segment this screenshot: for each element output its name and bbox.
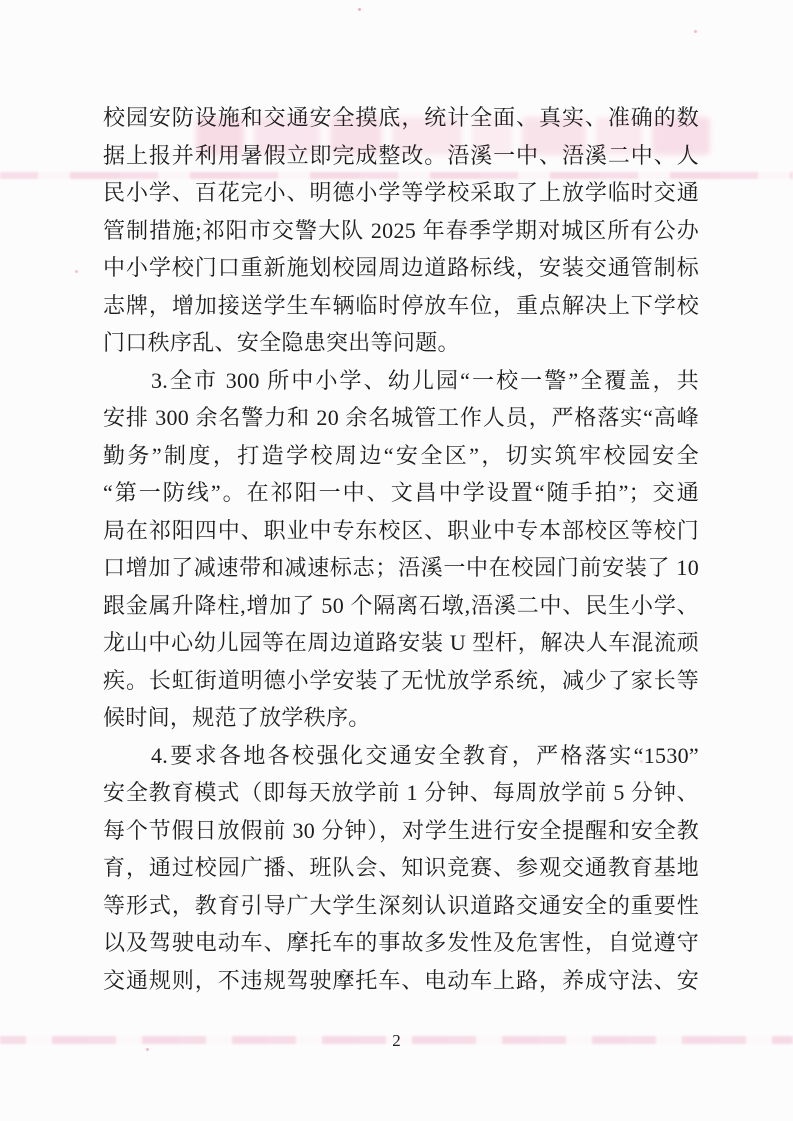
text-line: 志牌，增加接送学生车辆临时停放车位，重点解决上下学校 xyxy=(103,287,699,325)
text-line: 疾。长虹街道明德小学安装了无忧放学系统，减少了家长等 xyxy=(103,662,699,700)
text-line: 口增加了减速带和减速标志；浯溪一中在校园门前安装了 10 xyxy=(103,549,699,587)
text-line: 门口秩序乱、安全隐患突出等问题。 xyxy=(103,324,699,362)
text-line: 以及驾驶电动车、摩托车的事故多发性及危害性，自觉遵守 xyxy=(103,924,699,962)
text-line: 跟金属升降柱,增加了 50 个隔离石墩,浯溪二中、民生小学、 xyxy=(103,587,699,625)
text-line: 龙山中心幼儿园等在周边道路安装 U 型杆，解决人车混流顽 xyxy=(103,624,699,662)
text-line: 等形式，教育引导广大学生深刻认识道路交通安全的重要性 xyxy=(103,887,699,925)
text-line: 4.要求各地各校强化交通安全教育，严格落实“1530” xyxy=(103,737,699,775)
page-number: 2 xyxy=(0,1031,793,1051)
scanned-document-page: 校园安防设施和交通安全摸底，统计全面、真实、准确的数 据上报并利用暑假立即完成整… xyxy=(0,0,793,1121)
text-line: 据上报并利用暑假立即完成整改。浯溪一中、浯溪二中、人 xyxy=(103,137,699,175)
text-line: 每个节假日放假前 30 分钟），对学生进行安全提醒和安全教 xyxy=(103,812,699,850)
text-line: 校园安防设施和交通安全摸底，统计全面、真实、准确的数 xyxy=(103,99,699,137)
text-line: “第一防线”。在祁阳一中、文昌中学设置“随手拍”；交通 xyxy=(103,474,699,512)
scan-speck xyxy=(358,8,361,11)
text-line: 民小学、百花完小、明德小学等学校采取了上放学临时交通 xyxy=(103,174,699,212)
text-line: 局在祁阳四中、职业中专东校区、职业中专本部校区等校门 xyxy=(103,512,699,550)
text-line: 勤务”制度，打造学校周边“安全区”，切实筑牢校园安全 xyxy=(103,437,699,475)
text-line: 管制措施;祁阳市交警大队 2025 年春季学期对城区所有公办 xyxy=(103,212,699,250)
text-line: 3.全市 300 所中小学、幼儿园“一校一警”全覆盖，共 xyxy=(103,362,699,400)
text-line: 中小学校门口重新施划校园周边道路标线，安装交通管制标 xyxy=(103,249,699,287)
text-line: 育，通过校园广播、班队会、知识竞赛、参观交通教育基地 xyxy=(103,849,699,887)
text-line: 安全教育模式（即每天放学前 1 分钟、每周放学前 5 分钟、 xyxy=(103,774,699,812)
text-line: 安排 300 余名警力和 20 余名城管工作人员，严格落实“高峰 xyxy=(103,399,699,437)
text-line: 候时间，规范了放学秩序。 xyxy=(103,699,699,737)
document-body: 校园安防设施和交通安全摸底，统计全面、真实、准确的数 据上报并利用暑假立即完成整… xyxy=(103,99,699,999)
text-line: 交通规则，不违规驾驶摩托车、电动车上路，养成守法、安 xyxy=(103,962,699,1000)
